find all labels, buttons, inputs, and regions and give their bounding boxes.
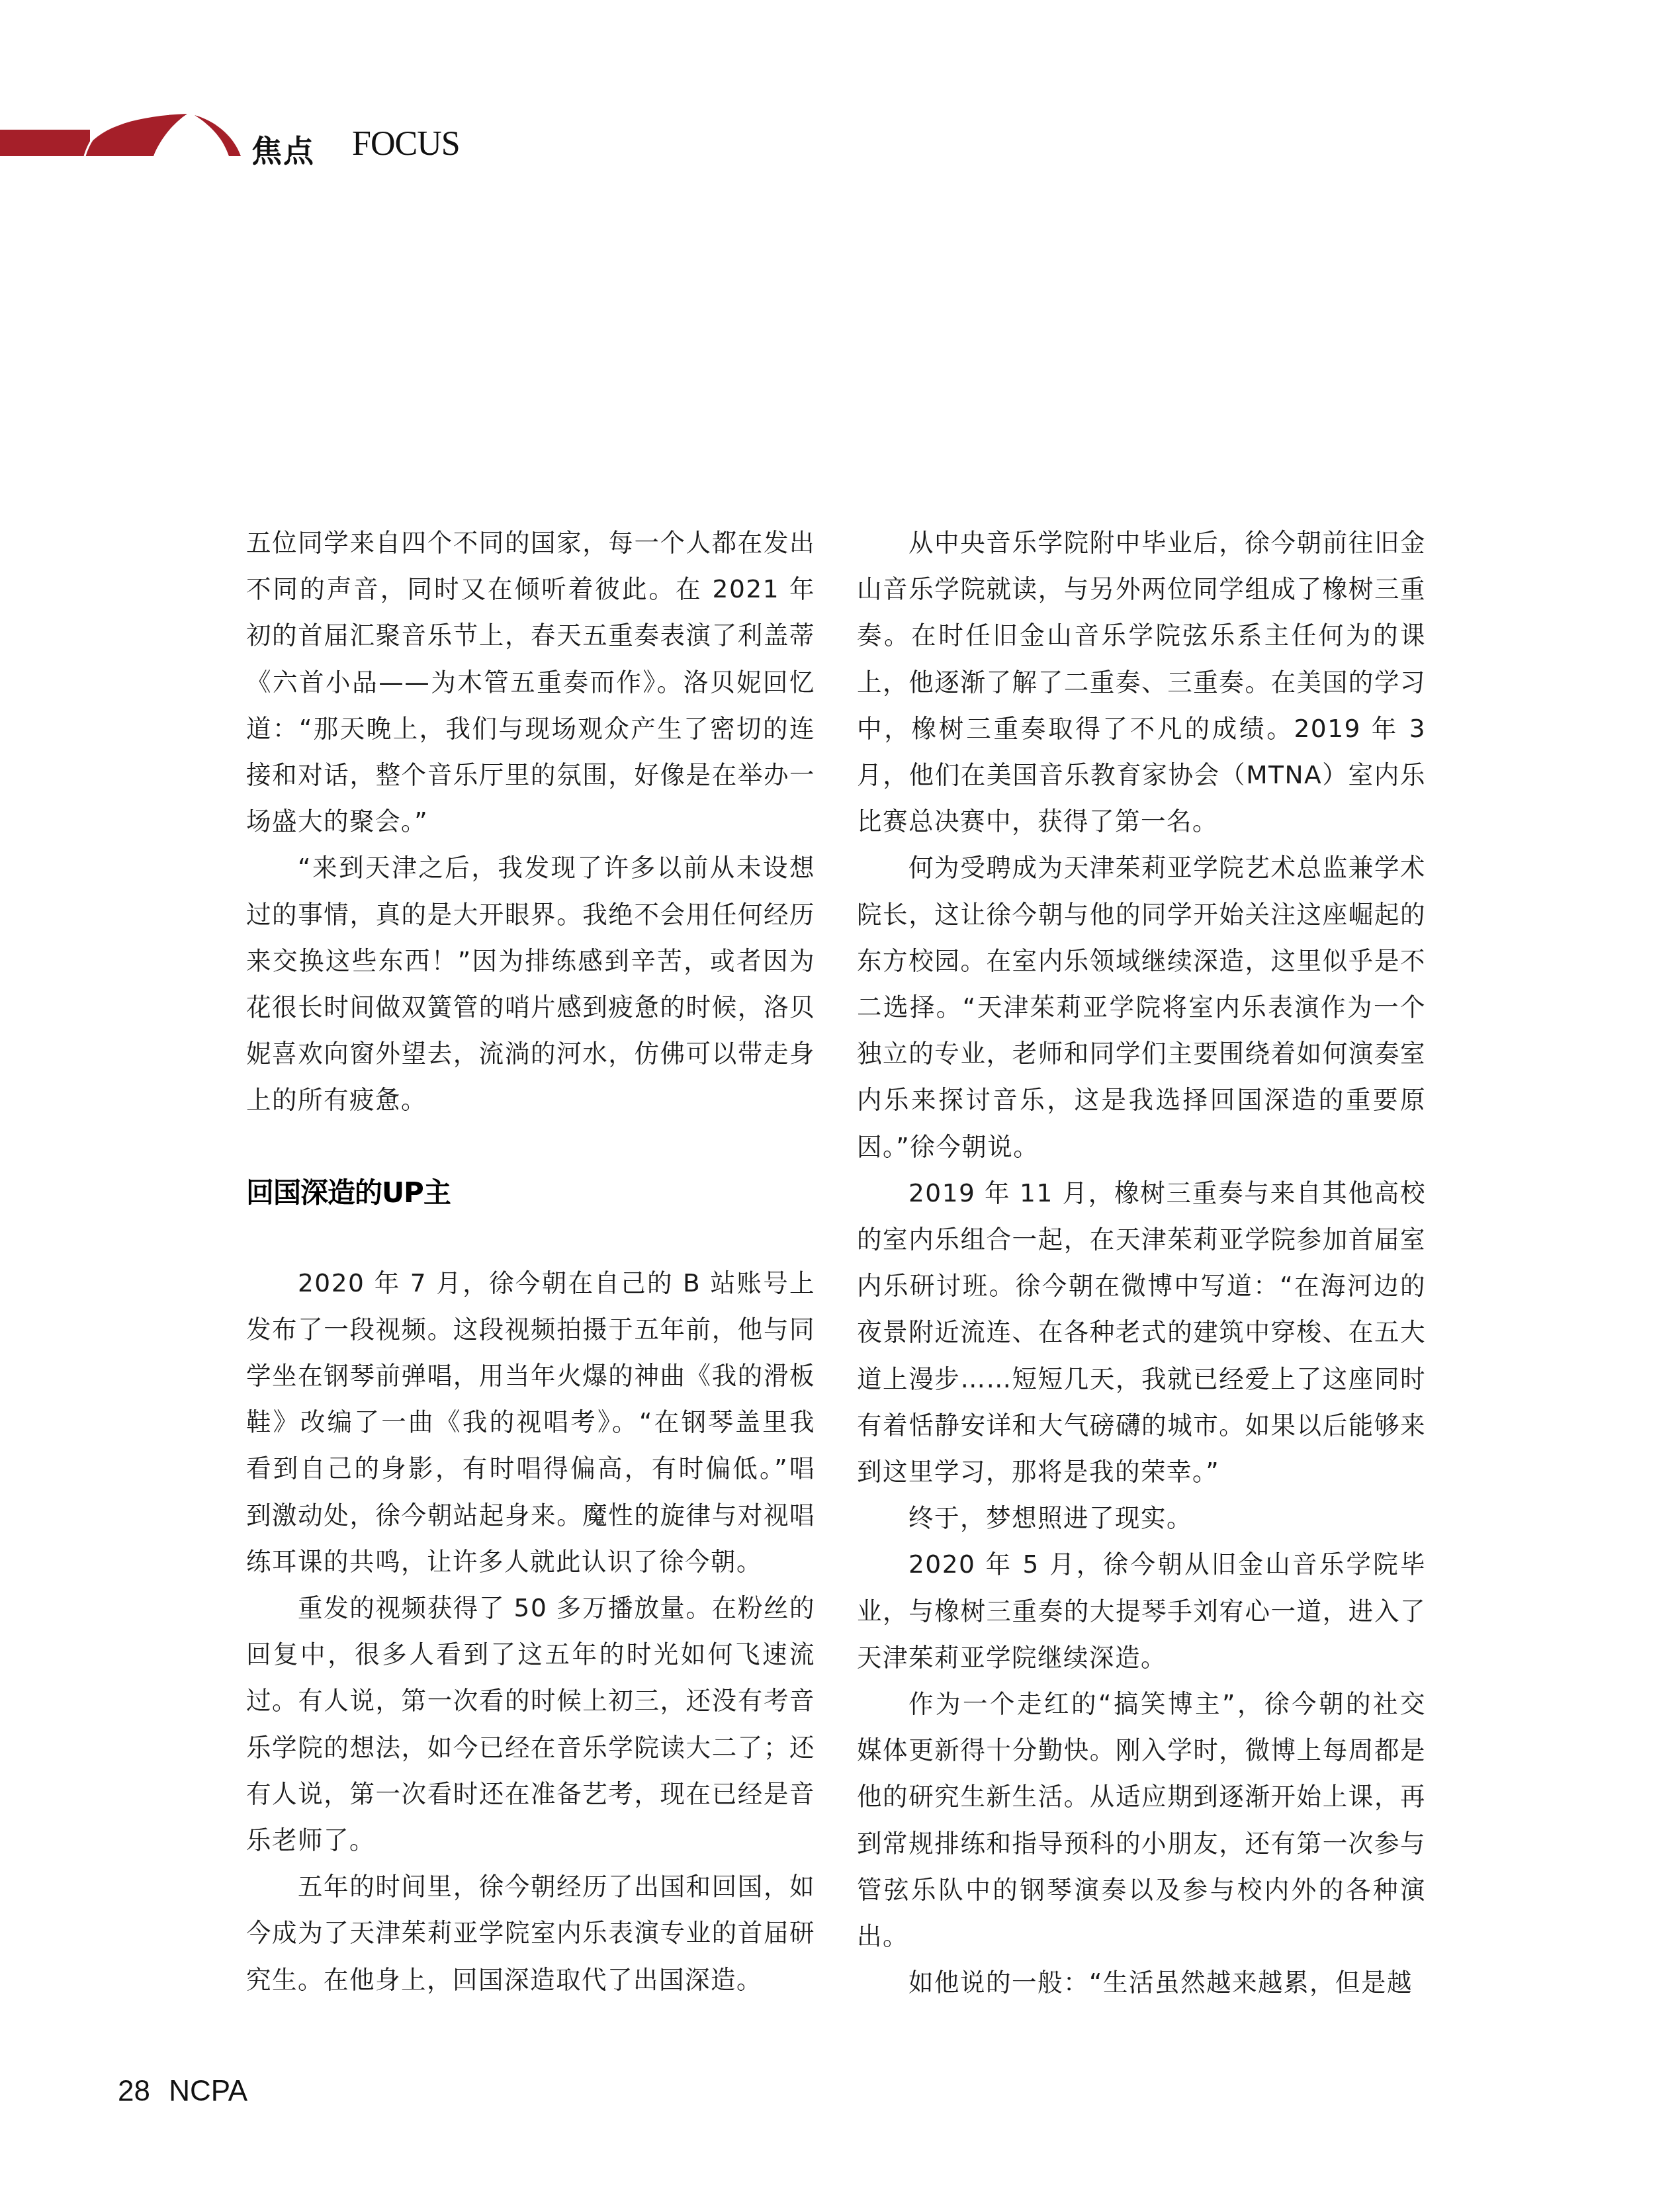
paragraph: 2019 年 11 月，橡树三重奏与来自其他高校的室内乐组合一起，在天津茱莉亚学… bbox=[857, 1170, 1426, 1495]
paragraph: 2020 年 7 月，徐今朝在自己的 B 站账号上发布了一段视频。这段视频拍摄于… bbox=[246, 1260, 815, 1585]
section-heading: 回国深造的UP主 bbox=[246, 1170, 815, 1216]
page-number: 28 bbox=[118, 2075, 150, 2107]
paragraph: “来到天津之后，我发现了许多以前从未设想过的事情，真的是大开眼界。我绝不会用任何… bbox=[246, 844, 815, 1123]
publication-name: NCPA bbox=[169, 2075, 247, 2107]
section-spacer bbox=[246, 1216, 815, 1260]
section-label-en: FOCUS bbox=[352, 124, 460, 163]
article-column-left: 五位同学来自四个不同的国家，每一个人都在发出不同的声音，同时又在倾听着彼此。在 … bbox=[246, 519, 815, 2003]
paragraph: 五年的时间里，徐今朝经历了出国和回国，如今成为了天津茱莉亚学院室内乐表演专业的首… bbox=[246, 1863, 815, 2003]
paragraph: 终于，梦想照进了现实。 bbox=[857, 1495, 1426, 1541]
section-spacer bbox=[246, 1123, 815, 1170]
paragraph: 重发的视频获得了 50 多万播放量。在粉丝的回复中，很多人看到了这五年的时光如何… bbox=[246, 1585, 815, 1863]
paragraph: 何为受聘成为天津茱莉亚学院艺术总监兼学术院长，这让徐今朝与他的同学开始关注这座崛… bbox=[857, 844, 1426, 1169]
paragraph: 如他说的一般：“生活虽然越来越累，但是越 bbox=[857, 1959, 1426, 2005]
section-label-cn: 焦点 bbox=[251, 127, 315, 171]
paragraph: 作为一个走红的“搞笑博主”，徐今朝的社交媒体更新得十分勤快。刚入学时，微博上每周… bbox=[857, 1681, 1426, 1959]
paragraph: 2020 年 5 月，徐今朝从旧金山音乐学院毕业，与橡树三重奏的大提琴手刘宥心一… bbox=[857, 1541, 1426, 1681]
page-footer: 28 NCPA bbox=[118, 2075, 247, 2108]
paragraph: 五位同学来自四个不同的国家，每一个人都在发出不同的声音，同时又在倾听着彼此。在 … bbox=[246, 519, 815, 844]
article-column-right: 从中央音乐学院附中毕业后，徐今朝前往旧金山音乐学院就读，与另外两位同学组成了橡树… bbox=[857, 519, 1426, 2006]
paragraph: 从中央音乐学院附中毕业后，徐今朝前往旧金山音乐学院就读，与另外两位同学组成了橡树… bbox=[857, 519, 1426, 844]
